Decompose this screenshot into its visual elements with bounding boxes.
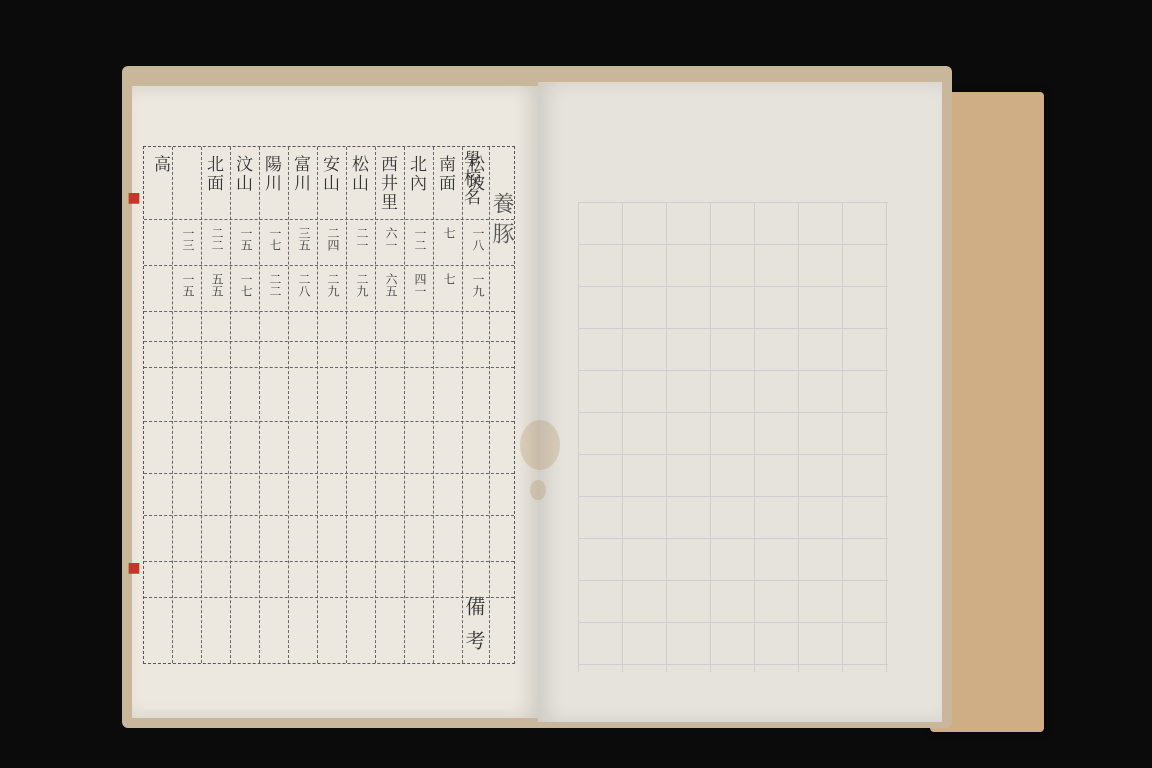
- row-divider: [144, 473, 514, 474]
- red-seal-mark: ■: [126, 190, 142, 206]
- ledger-table: 松坡 南面 北內 西井里 松山 安山 富川 陽川 汶山 北面 高 一八 七 一二…: [143, 146, 515, 664]
- row-divider: [144, 219, 514, 220]
- cell: 二四: [325, 227, 342, 251]
- school-name: 高: [148, 155, 173, 174]
- cell: 一七: [238, 273, 255, 297]
- cell: 一三: [180, 227, 197, 251]
- school-name: 安山: [317, 155, 342, 193]
- school-name: 松山: [346, 155, 371, 193]
- cell: 一五: [238, 227, 255, 251]
- cell: 二九: [354, 273, 371, 297]
- row-divider: [144, 311, 514, 312]
- cell: 一九: [470, 273, 487, 297]
- school-name: 北內: [404, 155, 429, 193]
- row-divider: [144, 367, 514, 368]
- row-divider: [144, 561, 514, 562]
- cell: 一七: [267, 227, 284, 251]
- header-column-label: 學校名: [458, 150, 483, 207]
- school-name: 北面: [201, 155, 226, 193]
- cell: 二八: [296, 273, 313, 297]
- remarks-label: 備考: [460, 596, 489, 664]
- cell: 二二: [267, 273, 284, 297]
- row-divider: [144, 597, 514, 598]
- cell: 六一: [383, 227, 400, 251]
- cell: 一二: [412, 227, 429, 251]
- cell: 二二: [209, 227, 226, 251]
- cell: 一五: [180, 273, 197, 297]
- cell: 七: [441, 273, 458, 285]
- cell: 五五: [209, 273, 226, 297]
- cell: 六五: [383, 273, 400, 297]
- right-page: [538, 82, 942, 722]
- row-divider: [144, 341, 514, 342]
- school-name: 陽川: [259, 155, 284, 193]
- row-divider: [144, 421, 514, 422]
- school-name: 富川: [288, 155, 313, 193]
- cell: 七: [441, 227, 458, 239]
- cell: 二九: [325, 273, 342, 297]
- stain: [520, 420, 560, 470]
- cell: 一八: [470, 227, 487, 251]
- cell: 三五: [296, 227, 313, 251]
- row-divider: [144, 515, 514, 516]
- faint-grid: [578, 202, 888, 672]
- school-name: 西井里: [375, 155, 400, 212]
- school-name: 南面: [433, 155, 458, 193]
- cell: 二一: [354, 227, 371, 251]
- row-divider: [144, 265, 514, 266]
- cell: 四一: [412, 273, 429, 297]
- stain: [530, 480, 546, 500]
- red-seal-mark: ■: [126, 560, 142, 576]
- school-name: 汶山: [230, 155, 255, 193]
